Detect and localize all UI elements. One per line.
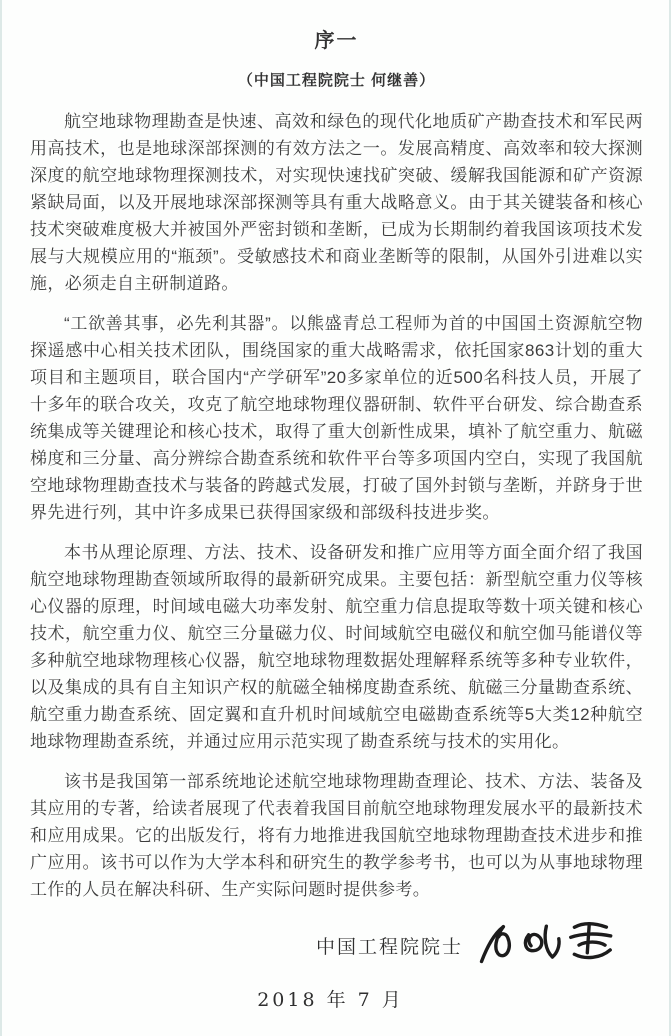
paragraph-2: “工欲善其事，必先利其器”。以熊盛青总工程师为首的中国国土资源航空物探遥感中心相… xyxy=(30,310,643,526)
preface-page: 序一 （中国工程院院士 何继善） 航空地球物理勘查是快速、高效和绿色的现代化地质… xyxy=(0,0,671,1036)
page-subtitle: （中国工程院院士 何继善） xyxy=(30,69,643,90)
signature-block: 中国工程院院士 2018 年 7 xyxy=(30,919,643,1012)
handwritten-signature-icon xyxy=(472,916,632,973)
paragraph-3: 本书从理论原理、方法、技术、设备研发和推广应用等方面全面介绍了我国航空地球物理勘… xyxy=(30,539,643,755)
signature-row: 中国工程院院士 xyxy=(316,919,631,971)
signature-date: 2018 年 7 月 xyxy=(30,985,631,1012)
paragraph-1: 航空地球物理勘查是快速、高效和绿色的现代化地质矿产勘查技术和军民两用高技术，也是… xyxy=(30,108,643,297)
paragraph-4: 该书是我国第一部系统地论述航空地球物理勘查理论、技术、方法、装备及其应用的专著，… xyxy=(30,768,643,903)
page-title: 序一 xyxy=(30,24,643,53)
signature-title-label: 中国工程院院士 xyxy=(316,932,463,959)
